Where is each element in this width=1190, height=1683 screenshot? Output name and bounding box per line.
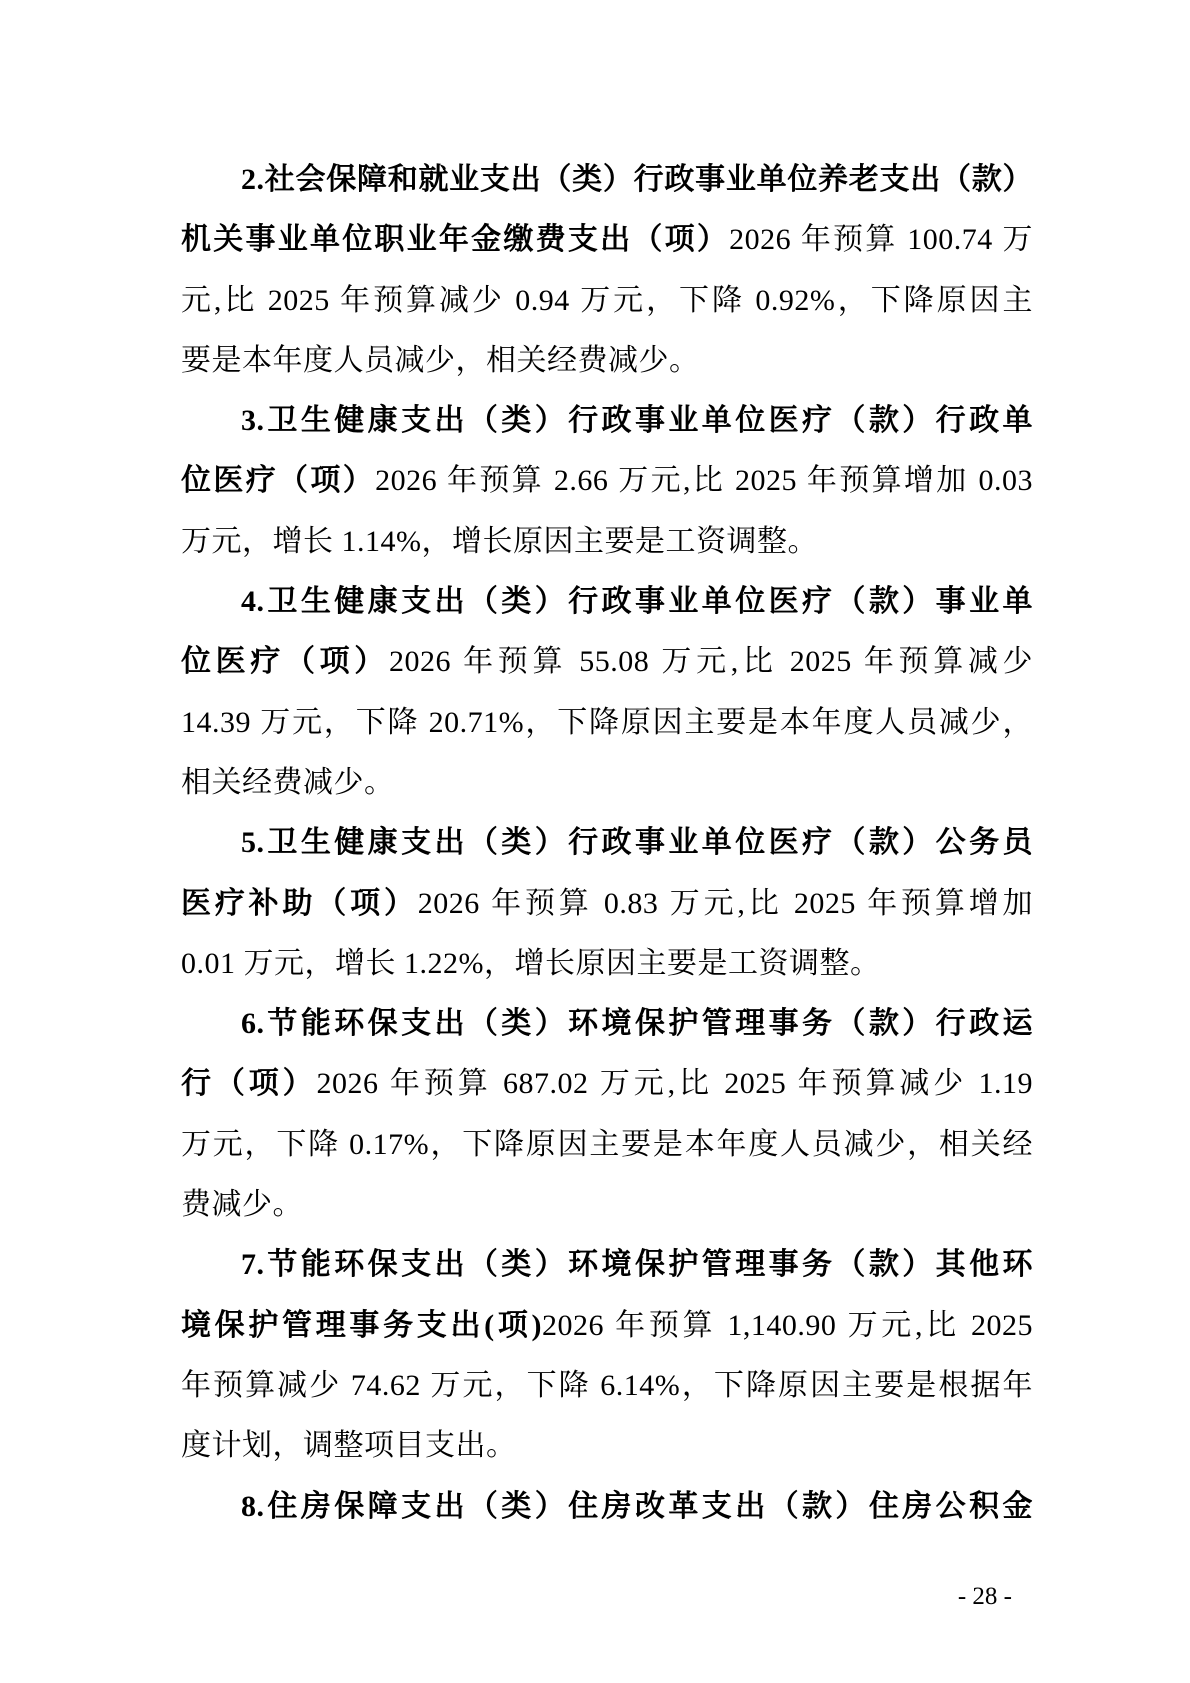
paragraph-2-line-2: 机关事业单位职业年金缴费支出（项）2026 年预算 100.74 万	[181, 210, 1033, 270]
paragraph-7-line-1: 7.节能环保支出（类）环境保护管理事务（款）其他环	[181, 1235, 1033, 1295]
heading-run: 8.住房保障支出（类）住房改革支出（款）住房公积金	[241, 1490, 1033, 1523]
paragraph-4-line-3: 14.39 万元，下降 20.71%，下降原因主要是本年度人员减少，	[181, 693, 1033, 753]
body-run: 2026 年预算 1,140.90 万元,比 2025	[542, 1309, 1033, 1342]
heading-run: 医疗补助（项）	[181, 887, 418, 920]
paragraph-4-line-2: 位医疗（项）2026 年预算 55.08 万元,比 2025 年预算减少	[181, 632, 1033, 692]
body-run: 14.39 万元，下降 20.71%，下降原因主要是本年度人员减少，	[181, 706, 1033, 739]
heading-run: 位医疗（项）	[181, 645, 389, 678]
heading-run: 5.卫生健康支出（类）行政事业单位医疗（款）公务员	[241, 826, 1033, 859]
paragraph-8-line-1: 8.住房保障支出（类）住房改革支出（款）住房公积金	[181, 1477, 1033, 1537]
paragraph-3-line-1: 3.卫生健康支出（类）行政事业单位医疗（款）行政单	[181, 391, 1033, 451]
document-body: 2.社会保障和就业支出（类）行政事业单位养老支出（款）机关事业单位职业年金缴费支…	[181, 150, 1033, 1537]
paragraph-5-line-1: 5.卫生健康支出（类）行政事业单位医疗（款）公务员	[181, 813, 1033, 873]
body-run: 万元，增长 1.14%，增长原因主要是工资调整。	[181, 525, 818, 558]
heading-run: 位医疗（项）	[181, 464, 375, 497]
heading-run: 行（项）	[181, 1067, 317, 1100]
paragraph-6-line-4: 费减少。	[181, 1175, 1033, 1235]
heading-run: 7.节能环保支出（类）环境保护管理事务（款）其他环	[241, 1248, 1033, 1281]
paragraph-4-line-1: 4.卫生健康支出（类）行政事业单位医疗（款）事业单	[181, 572, 1033, 632]
paragraph-2-line-1: 2.社会保障和就业支出（类）行政事业单位养老支出（款）	[181, 150, 1033, 210]
page-footer: - 28 -	[958, 1582, 1012, 1612]
paragraph-4-line-4: 相关经费减少。	[181, 753, 1033, 813]
body-run: 2026 年预算 55.08 万元,比 2025 年预算减少	[389, 645, 1033, 678]
paragraph-6-line-3: 万元，下降 0.17%，下降原因主要是本年度人员减少，相关经	[181, 1115, 1033, 1175]
body-run: 年预算减少 74.62 万元，下降 6.14%，下降原因主要是根据年	[181, 1369, 1033, 1402]
body-run: 相关经费减少。	[181, 766, 395, 799]
paragraph-3-line-3: 万元，增长 1.14%，增长原因主要是工资调整。	[181, 512, 1033, 572]
heading-run: 4.卫生健康支出（类）行政事业单位医疗（款）事业单	[241, 585, 1033, 618]
paragraph-3-line-2: 位医疗（项）2026 年预算 2.66 万元,比 2025 年预算增加 0.03	[181, 451, 1033, 511]
paragraph-5-line-2: 医疗补助（项）2026 年预算 0.83 万元,比 2025 年预算增加	[181, 874, 1033, 934]
heading-run: 3.卫生健康支出（类）行政事业单位医疗（款）行政单	[241, 404, 1033, 437]
heading-run: 境保护管理事务支出(项)	[181, 1309, 542, 1342]
body-run: 元,比 2025 年预算减少 0.94 万元，下降 0.92%，下降原因主	[181, 284, 1033, 317]
body-run: 2026 年预算 0.83 万元,比 2025 年预算增加	[418, 887, 1033, 920]
body-run: 2026 年预算 687.02 万元,比 2025 年预算减少 1.19	[317, 1067, 1033, 1100]
heading-run: 6.节能环保支出（类）环境保护管理事务（款）行政运	[241, 1007, 1033, 1040]
paragraph-7-line-4: 度计划，调整项目支出。	[181, 1416, 1033, 1476]
heading-run: 机关事业单位职业年金缴费支出（项）	[181, 223, 729, 256]
paragraph-5-line-3: 0.01 万元，增长 1.22%，增长原因主要是工资调整。	[181, 934, 1033, 994]
paragraph-7-line-3: 年预算减少 74.62 万元，下降 6.14%，下降原因主要是根据年	[181, 1356, 1033, 1416]
paragraph-6-line-1: 6.节能环保支出（类）环境保护管理事务（款）行政运	[181, 994, 1033, 1054]
body-run: 2026 年预算 2.66 万元,比 2025 年预算增加 0.03	[375, 464, 1033, 497]
body-run: 2026 年预算 100.74 万	[729, 223, 1033, 256]
body-run: 0.01 万元，增长 1.22%，增长原因主要是工资调整。	[181, 947, 881, 980]
page-number: - 28 -	[958, 1583, 1012, 1610]
paragraph-7-line-2: 境保护管理事务支出(项)2026 年预算 1,140.90 万元,比 2025	[181, 1296, 1033, 1356]
heading-run: 2.社会保障和就业支出（类）行政事业单位养老支出（款）	[241, 163, 1033, 196]
paragraph-6-line-2: 行（项）2026 年预算 687.02 万元,比 2025 年预算减少 1.19	[181, 1054, 1033, 1114]
body-run: 费减少。	[181, 1188, 303, 1221]
document-page: 2.社会保障和就业支出（类）行政事业单位养老支出（款）机关事业单位职业年金缴费支…	[0, 0, 1190, 1683]
body-run: 要是本年度人员减少，相关经费减少。	[181, 344, 700, 377]
paragraph-2-line-3: 元,比 2025 年预算减少 0.94 万元，下降 0.92%，下降原因主	[181, 271, 1033, 331]
paragraph-2-line-4: 要是本年度人员减少，相关经费减少。	[181, 331, 1033, 391]
body-run: 万元，下降 0.17%，下降原因主要是本年度人员减少，相关经	[181, 1128, 1033, 1161]
body-run: 度计划，调整项目支出。	[181, 1429, 517, 1462]
